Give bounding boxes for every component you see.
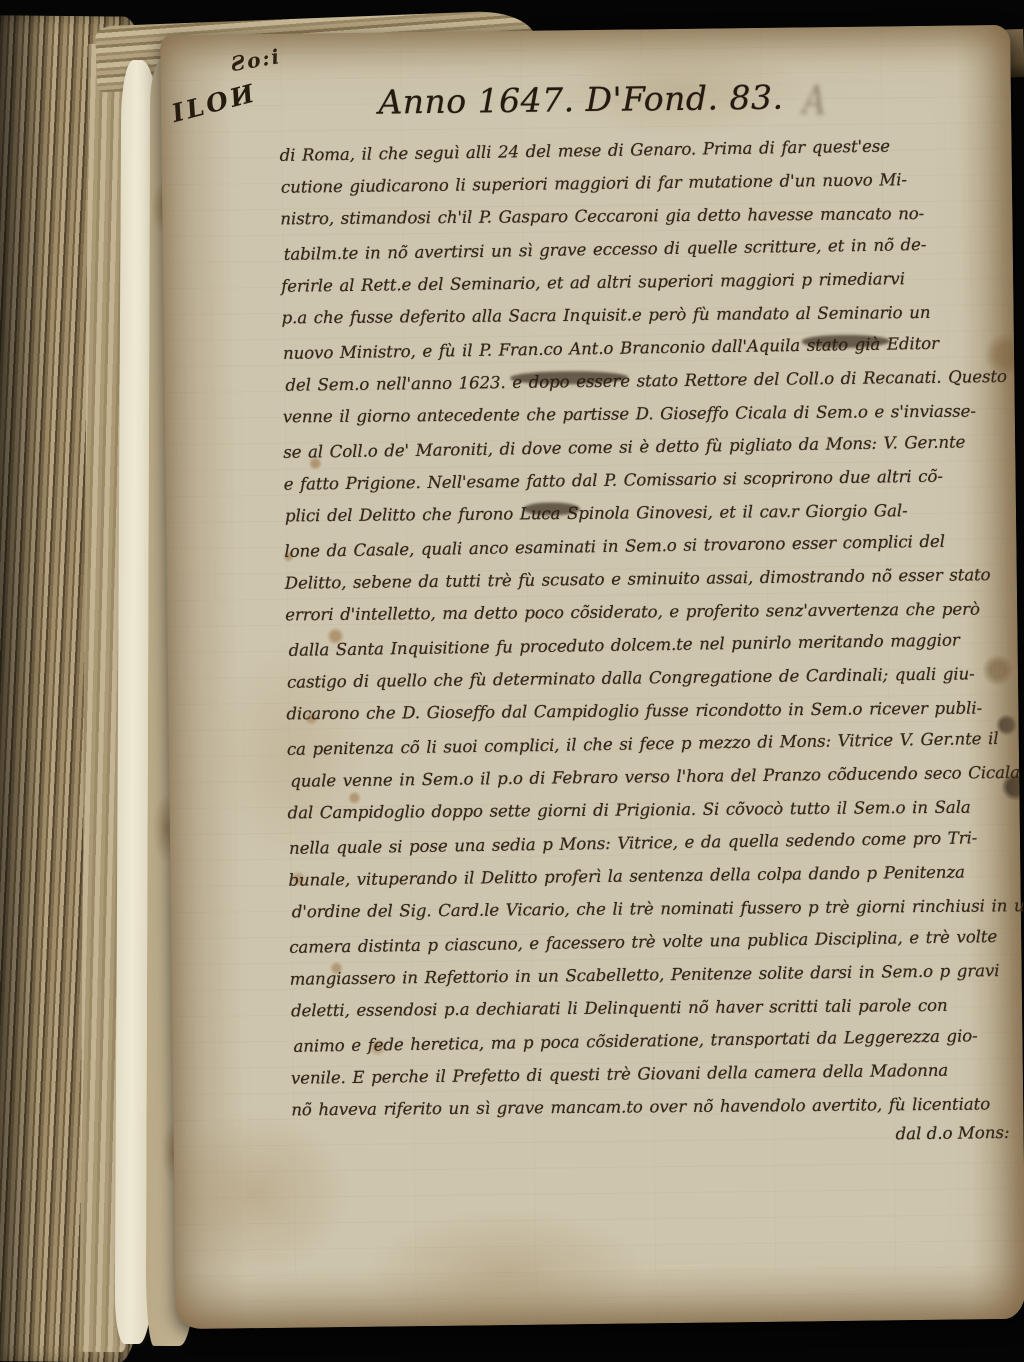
manuscript-text-block: di Roma, il che seguì alli 24 del mese d… — [279, 129, 1015, 1128]
page-heading: Anno 1647. D'Fond. 83. — [221, 76, 941, 124]
bleedthrough-mark: A — [803, 76, 827, 124]
manuscript-page: Ƨo:i ILOИ Anno 1647. D'Fond. 83. A di Ro… — [160, 25, 1024, 1329]
manuscript-photo: Ƨo:i ILOИ Anno 1647. D'Fond. 83. A di Ro… — [0, 0, 1024, 1362]
closing-attribution: dal d.o Mons: — [895, 1123, 1009, 1143]
margin-mark-top: Ƨo:i — [229, 44, 283, 76]
manuscript-line: nõ haveva riferito un sì grave mancam.to… — [291, 1087, 1015, 1126]
